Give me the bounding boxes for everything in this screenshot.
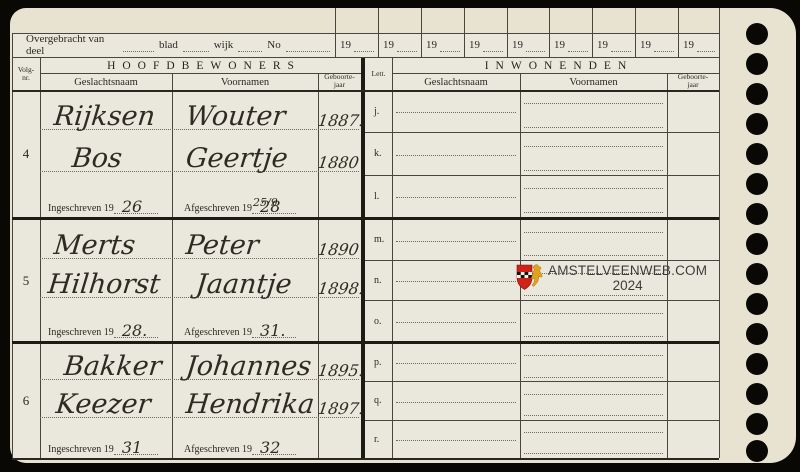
ingeschreven-label: Ingeschreven 19 bbox=[48, 203, 114, 214]
punch-hole bbox=[746, 203, 768, 225]
handwritten-surname: Hilhorst bbox=[47, 273, 162, 297]
empty-geslachtsnaam-cell bbox=[392, 220, 520, 260]
scanned-register-page: Overgebracht van deel blad wijk No 19 19… bbox=[0, 0, 800, 472]
blank-dotted-field: 31. bbox=[252, 327, 296, 338]
handwritten-surname: Keezer bbox=[55, 393, 152, 417]
column-header-lett: Lett. bbox=[365, 57, 392, 90]
column-header-text: nr. bbox=[22, 74, 30, 82]
inwonende-row: p. bbox=[365, 344, 719, 382]
blank-dotted-field: 2825/9 bbox=[252, 203, 296, 214]
year-cell-label: 19 bbox=[640, 39, 651, 51]
empty-geboortejaar-cell bbox=[667, 421, 719, 458]
letter-label: l. bbox=[365, 176, 392, 217]
resident-row: Hilhorst bbox=[48, 258, 160, 298]
punch-hole bbox=[746, 113, 768, 135]
handwritten-birthyear: 1880 bbox=[317, 155, 360, 171]
column-header-geboortejaar-right: Geboorte- jaar bbox=[667, 72, 719, 90]
empty-voornamen-cell bbox=[520, 133, 667, 174]
empty-geslachtsnaam-cell bbox=[392, 91, 520, 132]
empty-geslachtsnaam-cell bbox=[392, 382, 520, 419]
empty-voornamen-cell bbox=[520, 176, 667, 217]
handwritten-year: 31. bbox=[260, 321, 285, 340]
handwritten-firstname: Hendrika bbox=[185, 393, 316, 417]
volgnr-value: 5 bbox=[12, 220, 40, 341]
volgnr-value: 6 bbox=[12, 344, 40, 458]
year-cell-label: 19 bbox=[383, 39, 394, 51]
blank-dotted-field bbox=[440, 38, 460, 52]
handwritten-firstname: Peter bbox=[185, 234, 260, 258]
inwonenden-block: p. q. r. bbox=[365, 344, 719, 458]
resident-row: Bakker bbox=[64, 344, 162, 379]
resident-row: 1887. bbox=[318, 90, 364, 129]
afgeschreven-label: Afgeschreven 19 bbox=[184, 327, 252, 338]
punch-hole bbox=[746, 173, 768, 195]
resident-row: Wouter bbox=[186, 90, 285, 129]
handwritten-year: 31 bbox=[122, 438, 142, 457]
punch-hole bbox=[746, 83, 768, 105]
inwonende-row: m. bbox=[365, 220, 719, 261]
empty-geslachtsnaam-cell bbox=[392, 301, 520, 341]
column-header-geslachtsnaam-right: Geslachtsnaam bbox=[392, 74, 520, 90]
inwonende-row: q. bbox=[365, 382, 719, 420]
letter-label: j. bbox=[365, 91, 392, 132]
punch-hole bbox=[746, 23, 768, 45]
handwritten-birthyear: 1897. bbox=[317, 401, 365, 417]
empty-geboortejaar-cell bbox=[667, 133, 719, 174]
handwritten-year: 32 bbox=[260, 438, 280, 457]
column-header-text: Lett. bbox=[372, 70, 386, 78]
empty-geslachtsnaam-cell bbox=[392, 344, 520, 381]
registration-footer: Ingeschreven 19 31 Afgeschreven 19 32 bbox=[48, 439, 361, 455]
punch-hole bbox=[746, 263, 768, 285]
column-header-voornamen-right: Voornamen bbox=[520, 74, 667, 90]
handwritten-year: 28. bbox=[122, 321, 147, 340]
year-cell: 19 bbox=[592, 33, 635, 57]
letter-label: m. bbox=[365, 220, 392, 260]
blank-dotted-field bbox=[611, 38, 631, 52]
hoofdbewoners-block: 6 Bakker Johannes 1895. Keezer Hendrika … bbox=[12, 344, 361, 458]
afgeschreven-label: Afgeschreven 19 bbox=[184, 203, 252, 214]
empty-geslachtsnaam-cell bbox=[392, 261, 520, 301]
column-header-geslachtsnaam: Geslachtsnaam bbox=[40, 74, 172, 90]
section-title-inwonenden: INWONENDEN bbox=[392, 58, 719, 73]
empty-geslachtsnaam-cell bbox=[392, 421, 520, 458]
handwritten-surname: Rijksen bbox=[53, 105, 156, 129]
handwritten-firstname: Wouter bbox=[185, 105, 287, 129]
year-cell-label: 19 bbox=[512, 39, 523, 51]
blank-dotted-field bbox=[123, 38, 154, 52]
grid-line bbox=[719, 8, 720, 458]
handwritten-birthyear: 1890 bbox=[317, 242, 360, 258]
column-header-geboortejaar: Geboorte- jaar bbox=[318, 72, 361, 90]
watermark-site: AMSTELVEENWEB.COM bbox=[548, 263, 707, 278]
year-cell: 19 bbox=[378, 33, 421, 57]
printed-area: Overgebracht van deel blad wijk No 19 19… bbox=[10, 8, 796, 463]
blank-dotted-field bbox=[568, 38, 588, 52]
punch-hole bbox=[746, 323, 768, 345]
handwritten-firstname: Geertje bbox=[185, 147, 289, 171]
empty-geboortejaar-cell bbox=[667, 301, 719, 341]
inwonende-row: k. bbox=[365, 133, 719, 175]
punch-hole bbox=[746, 413, 768, 435]
watermark-year: 2024 bbox=[548, 278, 707, 293]
punch-hole bbox=[746, 293, 768, 315]
grid-line bbox=[12, 458, 719, 460]
volgnr-value: 4 bbox=[12, 90, 40, 217]
afgeschreven-label: Afgeschreven 19 bbox=[184, 444, 252, 455]
block-fields: Bakker Johannes 1895. Keezer Hendrika 18… bbox=[40, 344, 361, 458]
blank-dotted-field bbox=[238, 38, 262, 52]
column-header-volgnr: Volg- nr. bbox=[12, 57, 40, 90]
resident-row: 1897. bbox=[318, 379, 364, 417]
handwritten-date-note: 25/9 bbox=[253, 196, 278, 209]
resident-row: Geertje bbox=[186, 129, 288, 171]
resident-row: Rijksen bbox=[54, 90, 155, 129]
letter-label: o. bbox=[365, 301, 392, 341]
registration-footer: Ingeschreven 19 28. Afgeschreven 19 31. bbox=[48, 322, 361, 338]
resident-row: 1898. bbox=[318, 258, 364, 298]
resident-row: 1890 bbox=[318, 220, 359, 258]
resident-row: Keezer bbox=[56, 379, 151, 417]
letter-label: k. bbox=[365, 133, 392, 174]
transfer-label-blad: blad bbox=[159, 39, 178, 51]
inwonende-row: j. bbox=[365, 91, 719, 133]
ingeschreven-label: Ingeschreven 19 bbox=[48, 327, 114, 338]
blank-dotted-field bbox=[483, 38, 503, 52]
year-cell-label: 19 bbox=[554, 39, 565, 51]
blank-dotted-field bbox=[654, 38, 674, 52]
empty-voornamen-cell bbox=[520, 220, 667, 260]
column-header-text: jaar bbox=[687, 81, 698, 89]
empty-voornamen-cell bbox=[520, 421, 667, 458]
year-cell: 19 bbox=[549, 33, 592, 57]
year-cell: 19 bbox=[635, 33, 678, 57]
empty-geboortejaar-cell bbox=[667, 176, 719, 217]
empty-geboortejaar-cell bbox=[667, 344, 719, 381]
year-cell-label: 19 bbox=[597, 39, 608, 51]
letter-label: p. bbox=[365, 344, 392, 381]
section-title-hoofdbewoners: HOOFDBEWONERS bbox=[40, 58, 361, 73]
ingeschreven-label: Ingeschreven 19 bbox=[48, 444, 114, 455]
block-fields: Rijksen Wouter 1887. Bos Geertje 1880 In… bbox=[40, 90, 361, 217]
resident-row: 1880 bbox=[318, 129, 359, 171]
blank-dotted-field: 31 bbox=[114, 444, 158, 455]
blank-dotted-field bbox=[183, 38, 209, 52]
punch-hole bbox=[746, 440, 768, 462]
resident-row: Peter bbox=[186, 220, 259, 258]
watermark-text: AMSTELVEENWEB.COM 2024 bbox=[548, 263, 707, 293]
hoofdbewoners-block: 5 Merts Peter 1890 Hilhorst Jaantje 1898… bbox=[12, 220, 361, 341]
inwonende-row: l. bbox=[365, 176, 719, 217]
hoofdbewoners-block: 4 Rijksen Wouter 1887. Bos Geertje 1880 … bbox=[12, 90, 361, 217]
inwonende-row: r. bbox=[365, 421, 719, 458]
resident-row: Jaantje bbox=[196, 258, 292, 298]
punch-hole bbox=[746, 383, 768, 405]
handwritten-birthyear: 1887. bbox=[317, 113, 365, 129]
watermark: AMSTELVEENWEB.COM 2024 bbox=[515, 263, 707, 293]
blank-dotted-field bbox=[397, 38, 417, 52]
empty-geslachtsnaam-cell bbox=[392, 176, 520, 217]
blank-dotted-field bbox=[697, 38, 715, 52]
year-cell: 19 bbox=[421, 33, 464, 57]
resident-row: Merts bbox=[54, 220, 135, 258]
transfer-label-no: No bbox=[267, 39, 280, 51]
handwritten-surname: Bakker bbox=[63, 355, 163, 379]
handwritten-surname: Merts bbox=[53, 234, 137, 258]
punch-hole bbox=[746, 53, 768, 75]
empty-voornamen-cell bbox=[520, 382, 667, 419]
resident-row: Bos bbox=[72, 129, 122, 171]
resident-row: 1895. bbox=[318, 344, 364, 379]
handwritten-birthyear: 1898. bbox=[317, 281, 365, 297]
punch-hole bbox=[746, 233, 768, 255]
resident-row: Johannes bbox=[186, 344, 311, 379]
empty-geboortejaar-cell bbox=[667, 382, 719, 419]
transfer-row: Overgebracht van deel blad wijk No bbox=[12, 33, 335, 57]
empty-geboortejaar-cell bbox=[667, 91, 719, 132]
transfer-label-wijk: wijk bbox=[214, 39, 234, 51]
amstelveen-coat-of-arms-icon bbox=[515, 263, 545, 293]
inwonenden-block: j. k. l. bbox=[365, 91, 719, 217]
year-cell-label: 19 bbox=[469, 39, 480, 51]
transfer-label-deel: Overgebracht van deel bbox=[26, 33, 118, 57]
year-cell-label: 19 bbox=[426, 39, 437, 51]
empty-voornamen-cell bbox=[520, 344, 667, 381]
column-header-voornamen: Voornamen bbox=[172, 74, 318, 90]
handwritten-surname: Bos bbox=[71, 147, 123, 171]
blank-dotted-field: 32 bbox=[252, 444, 296, 455]
empty-geboortejaar-cell bbox=[667, 220, 719, 260]
registration-footer: Ingeschreven 19 26 Afgeschreven 19 2825/… bbox=[48, 198, 361, 214]
blank-dotted-field: 28. bbox=[114, 327, 158, 338]
year-cell: 19 bbox=[507, 33, 549, 57]
punch-hole bbox=[746, 143, 768, 165]
empty-voornamen-cell bbox=[520, 301, 667, 341]
block-fields: Merts Peter 1890 Hilhorst Jaantje 1898. … bbox=[40, 220, 361, 341]
blank-dotted-field bbox=[286, 38, 330, 52]
blank-dotted-field bbox=[354, 38, 374, 52]
punch-hole bbox=[746, 353, 768, 375]
handwritten-firstname: Johannes bbox=[185, 355, 313, 379]
handwritten-firstname: Jaantje bbox=[195, 273, 293, 297]
resident-row: Hendrika bbox=[186, 379, 314, 417]
empty-geslachtsnaam-cell bbox=[392, 133, 520, 174]
empty-voornamen-cell bbox=[520, 91, 667, 132]
year-cell: 19 bbox=[464, 33, 507, 57]
register-card: Overgebracht van deel blad wijk No 19 19… bbox=[10, 8, 796, 463]
letter-label: r. bbox=[365, 421, 392, 458]
inwonende-row: o. bbox=[365, 301, 719, 341]
letter-label: n. bbox=[365, 261, 392, 301]
blank-dotted-field bbox=[526, 38, 545, 52]
year-cell-label: 19 bbox=[340, 39, 351, 51]
handwritten-year: 26 bbox=[122, 197, 142, 216]
handwritten-birthyear: 1895. bbox=[317, 363, 365, 379]
column-header-text: jaar bbox=[334, 81, 345, 89]
year-cell: 19 bbox=[335, 33, 378, 57]
year-cell-label: 19 bbox=[683, 39, 694, 51]
letter-label: q. bbox=[365, 382, 392, 419]
year-cell: 19 bbox=[678, 33, 719, 57]
blank-dotted-field: 26 bbox=[114, 203, 158, 214]
